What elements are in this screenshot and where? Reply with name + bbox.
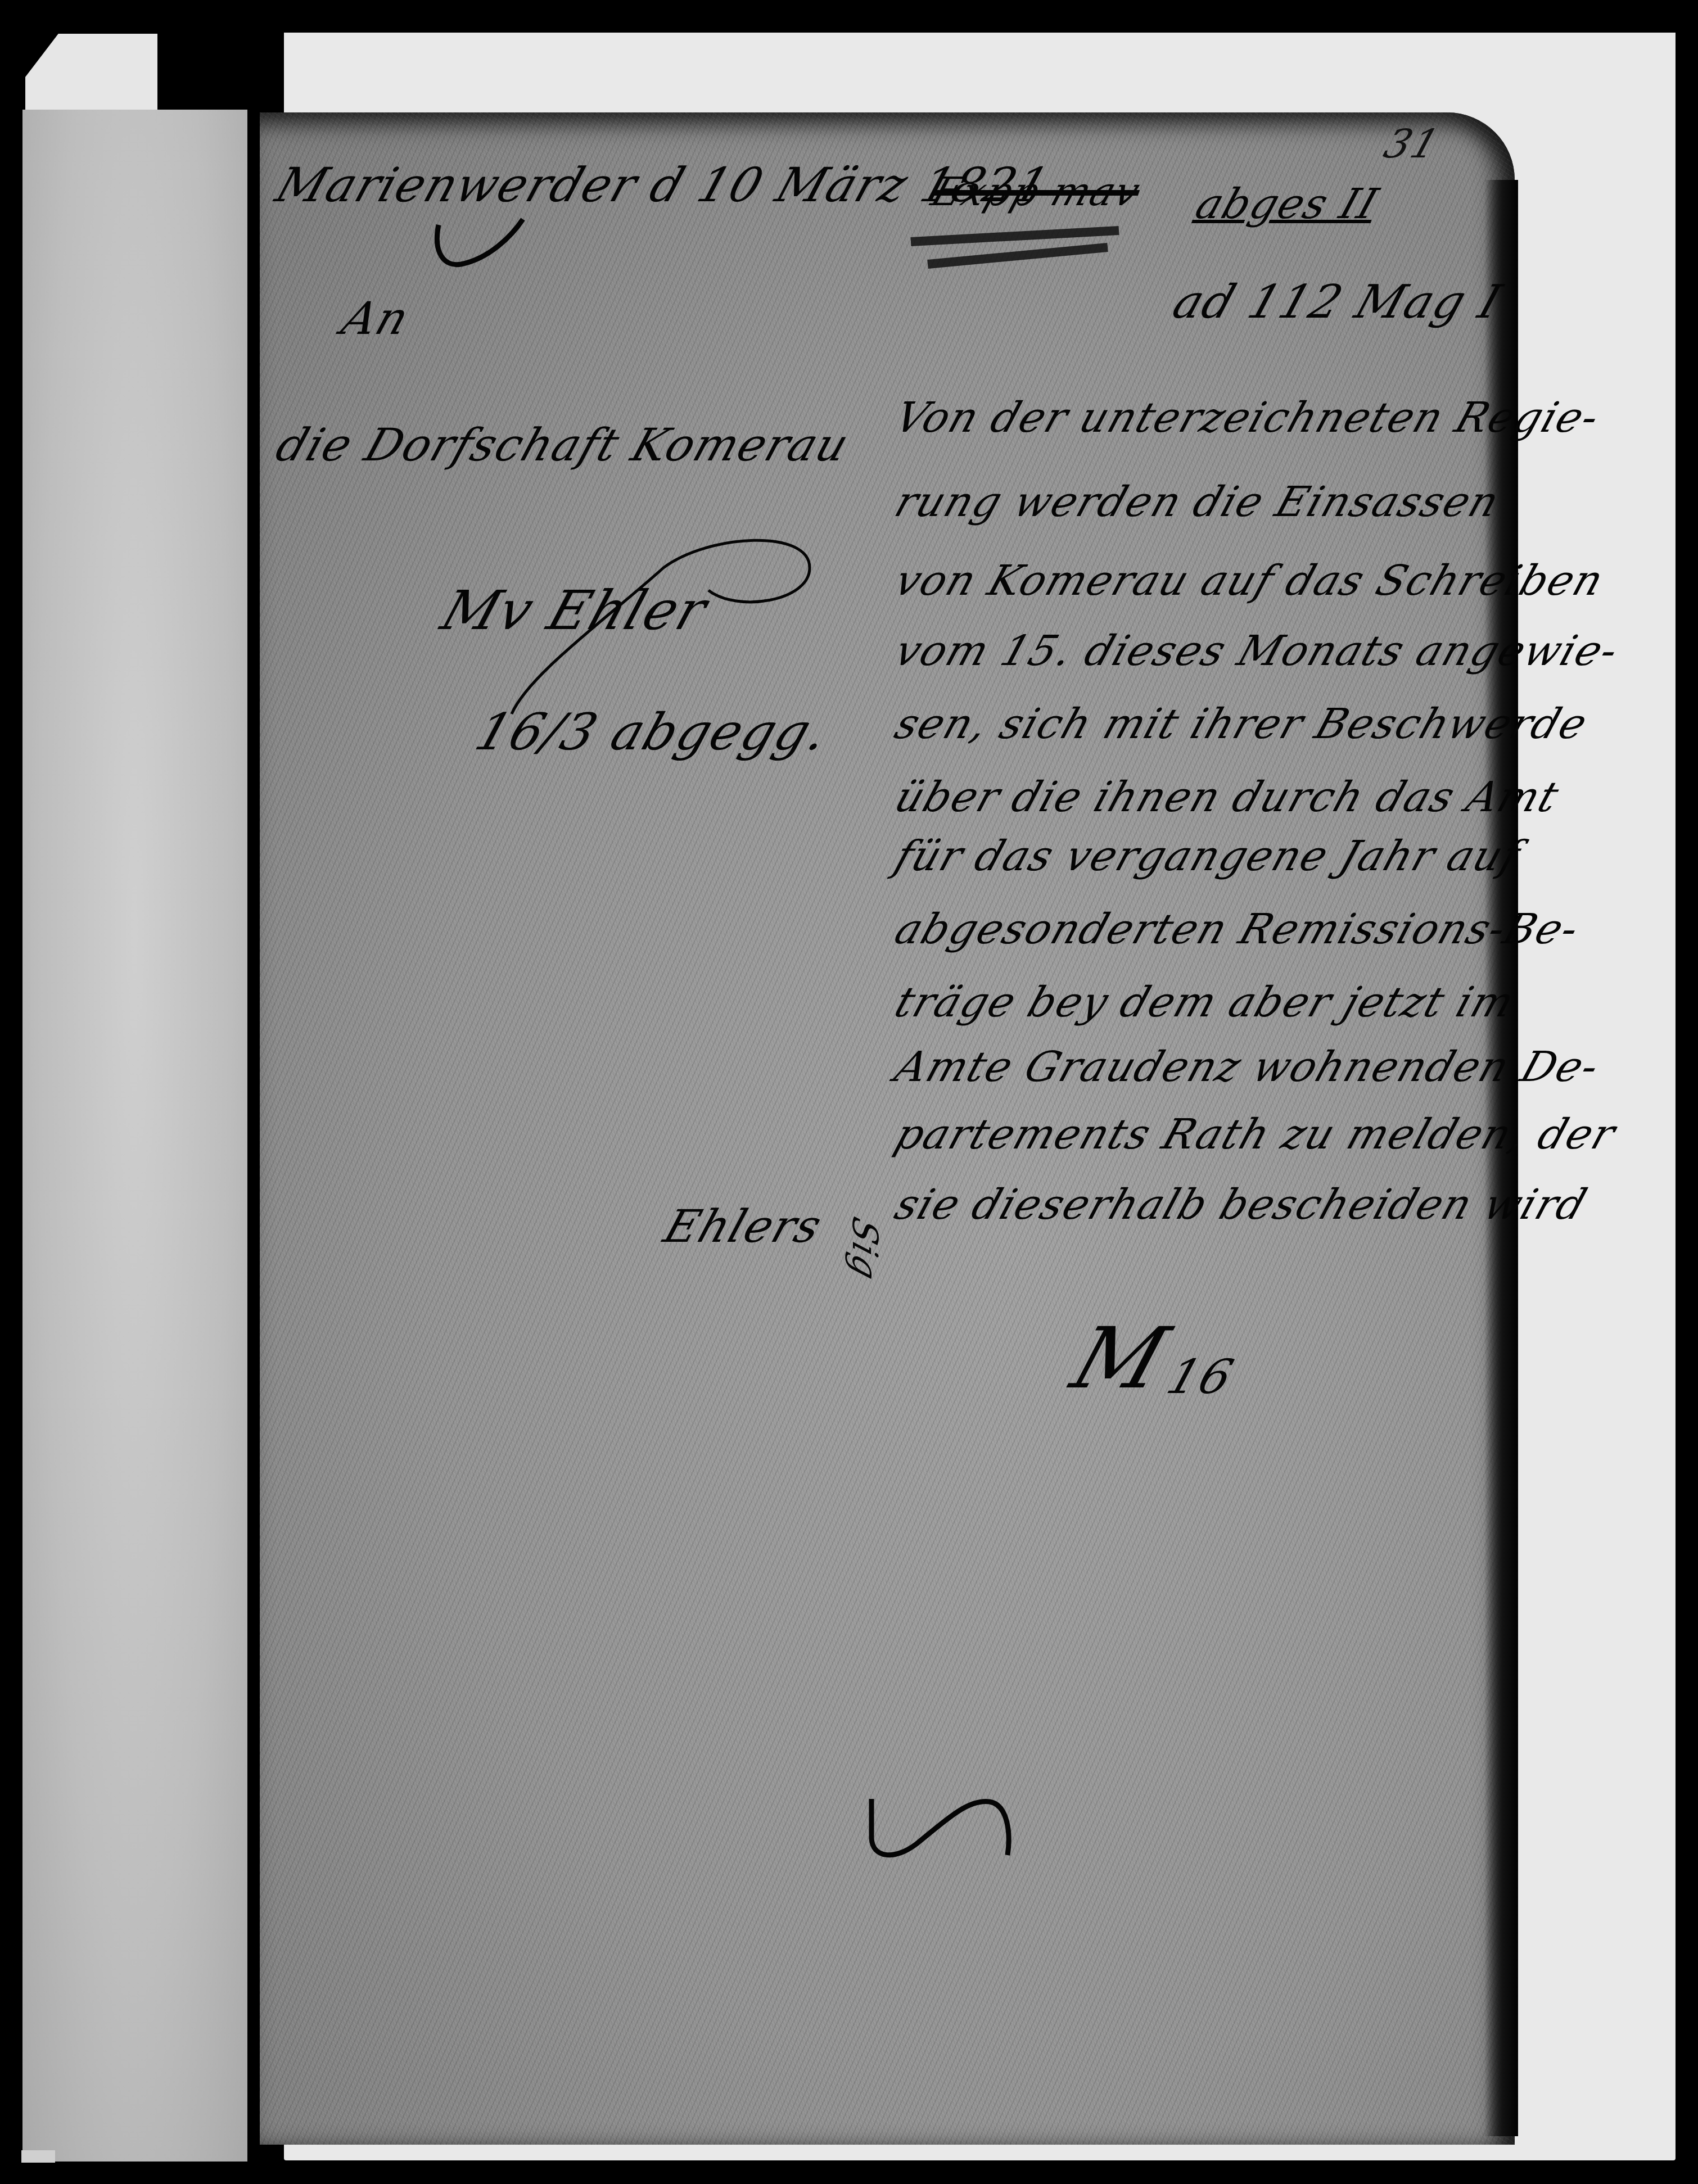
expedition-note-struck: Expp mav — [926, 169, 1147, 215]
body-line: Amte Graudenz wohnenden De- — [889, 1043, 1606, 1091]
body-line: rung werden die Einsassen — [889, 478, 1506, 526]
body-line: über die ihnen durch das Amt — [889, 773, 1565, 821]
left-strip-bottom-tab — [21, 2150, 55, 2163]
secretary-signature: Ehlers — [658, 1200, 829, 1252]
left-strip-top-tab — [25, 34, 157, 112]
date-flourish — [427, 214, 540, 281]
signature-flourish — [495, 534, 832, 725]
dispatch-date: 16/3 abgegg. — [468, 703, 837, 762]
binding-gap — [247, 110, 260, 2162]
body-line: für das vergangene Jahr auf — [889, 832, 1527, 880]
reference-number: ad 112 Mag I — [1167, 275, 1509, 329]
bound-left-strip — [22, 110, 247, 2162]
body-line: träge bey dem aber jetzt im — [889, 978, 1521, 1027]
recipient: die Dorfschaft Komerau — [270, 419, 856, 471]
body-line: abgesonderten Remissions-Be- — [889, 905, 1586, 953]
closing-flourish — [860, 1788, 1018, 1866]
body-line: vom 15. dieses Monats angewie- — [889, 627, 1625, 675]
body-line: sen, sich mit ihrer Beschwerde — [889, 700, 1594, 748]
body-line: sie dieserhalb bescheiden wird — [889, 1181, 1593, 1229]
body-line: von Komerau auf das Schreiben — [889, 557, 1610, 605]
dispatch-note: abges II — [1190, 180, 1385, 228]
body-line: partements Rath zu melden, der — [889, 1110, 1622, 1159]
strike-scribble — [905, 225, 1130, 275]
body-line: Von der unterzeichneten Regie- — [889, 394, 1606, 442]
